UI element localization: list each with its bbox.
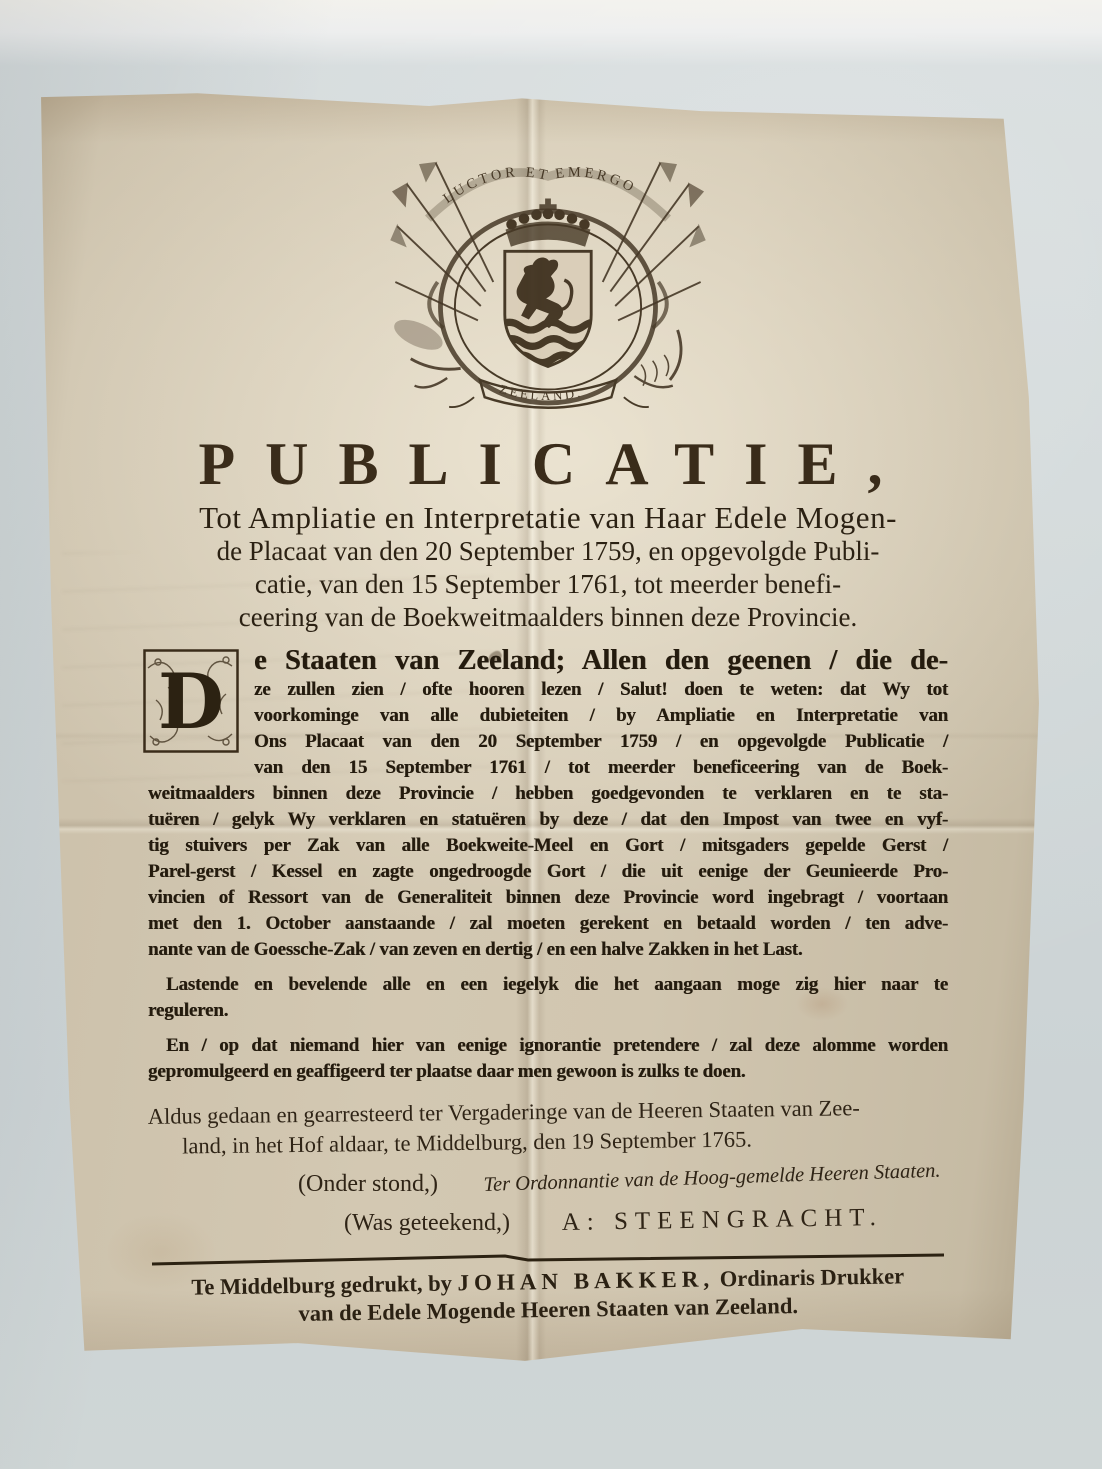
body-line: vincien of Ressort van de Generaliteit b… [148,885,948,911]
colophon-prefix: Te Middelburg gedrukt, by [191,1270,457,1299]
ignorantie-paragraph: En / op dat niemand hier van eenige igno… [148,1033,948,1085]
colophon: Te Middelburg gedrukt, by JOHAN BAKKER, … [148,1262,949,1330]
trophy-right [603,163,705,387]
body-line: gepromulgeerd en geaffigeerd ter plaatse… [148,1059,948,1085]
body-line: En / op dat niemand hier van eenige igno… [148,1033,948,1059]
body-line: Ons Placaat van den 20 September 1759 / … [254,729,948,755]
subtitle-line: Tot Ampliatie en Interpretatie van Haar … [148,500,948,535]
svg-text:LUCTOR ET EMERGO: LUCTOR ET EMERGO [440,164,639,206]
body-line: Parel-gerst / Kessel en zagte ongedroogd… [148,859,948,885]
was-geteekend-label: (Was geteekend,) [344,1208,510,1238]
subtitle-line: catie, van den 15 September 1761, tot me… [148,568,948,601]
svg-text:D: D [158,657,224,746]
decorated-initial-D: D [142,648,240,754]
subtitle-line: de Placaat van den 20 September 1759, en… [148,535,948,568]
body-line: reguleren. [148,998,948,1024]
body-line: voorkominge van alle dubieteiten / by Am… [254,703,948,729]
ordonnantie-line: Ter Ordonnantie van de Hoog-gemelde Heer… [483,1156,941,1200]
motto-text: LUCTOR ET EMERGO [440,164,639,206]
body-line: van den 15 September 1761 / tot meerder … [254,755,948,781]
body-line: met den 1. October aanstaande / zal moet… [148,911,948,937]
body-line: Lastende en bevelende alle en een iegely… [148,972,948,998]
document-subtitle: Tot Ampliatie en Interpretatie van Haar … [148,500,948,634]
trophy-left [391,163,493,387]
onder-stond-label: (Onder stond,) [298,1169,438,1199]
colophon-suffix: Ordinaris Drukker [714,1263,904,1291]
crown [507,199,590,245]
attestation-row-1: (Onder stond,) Ter Ordonnantie van de Ho… [148,1169,948,1200]
lastende-paragraph: Lastende en bevelende alle en een iegely… [148,972,948,1024]
subtitle-line: ceering van de Boekweitmaalders binnen d… [148,601,948,634]
body-line: ze zullen zien / ofte hooren lezen / Sal… [254,677,948,703]
attestation-row-2: (Was geteekend,) A: STEENGRACHT. [148,1208,948,1238]
printer-name: JOHAN BAKKER, [457,1266,714,1295]
photo-of-document: { "colors": { "ink": "#2f2416", "paper":… [0,0,1102,1469]
corner-crease [859,0,1026,128]
scroll-text: ZEELAND. [498,381,584,403]
body-line: tig stuivers per Zak van alle Boekweite-… [148,833,948,859]
zeeland-coat-of-arms-icon: LUCTOR ET EMERGO [382,138,714,426]
proclamation-body: D e Staaten van Zeeland; Allen den geene… [148,644,948,1323]
body-line: weitmaalders binnen deze Provincie / heb… [148,781,948,807]
document-content: LUCTOR ET EMERGO [148,92,948,1323]
body-line: tuëren / gelyk Wy verklaren en statuëren… [148,807,948,833]
body-line: nante van de Goessche-Zak / van zeven en… [148,937,948,963]
document-title: PUBLICATIE, [148,434,948,494]
aldus-paragraph: Aldus gedaan en gearresteerd ter Vergade… [148,1092,949,1162]
signature-name: A: STEENGRACHT. [562,1203,884,1238]
printed-proclamation-sheet: LUCTOR ET EMERGO [36,92,1044,1366]
svg-text:ZEELAND.: ZEELAND. [498,381,584,403]
body-opening-line: e Staaten van Zeeland; Allen den geenen … [254,644,948,677]
